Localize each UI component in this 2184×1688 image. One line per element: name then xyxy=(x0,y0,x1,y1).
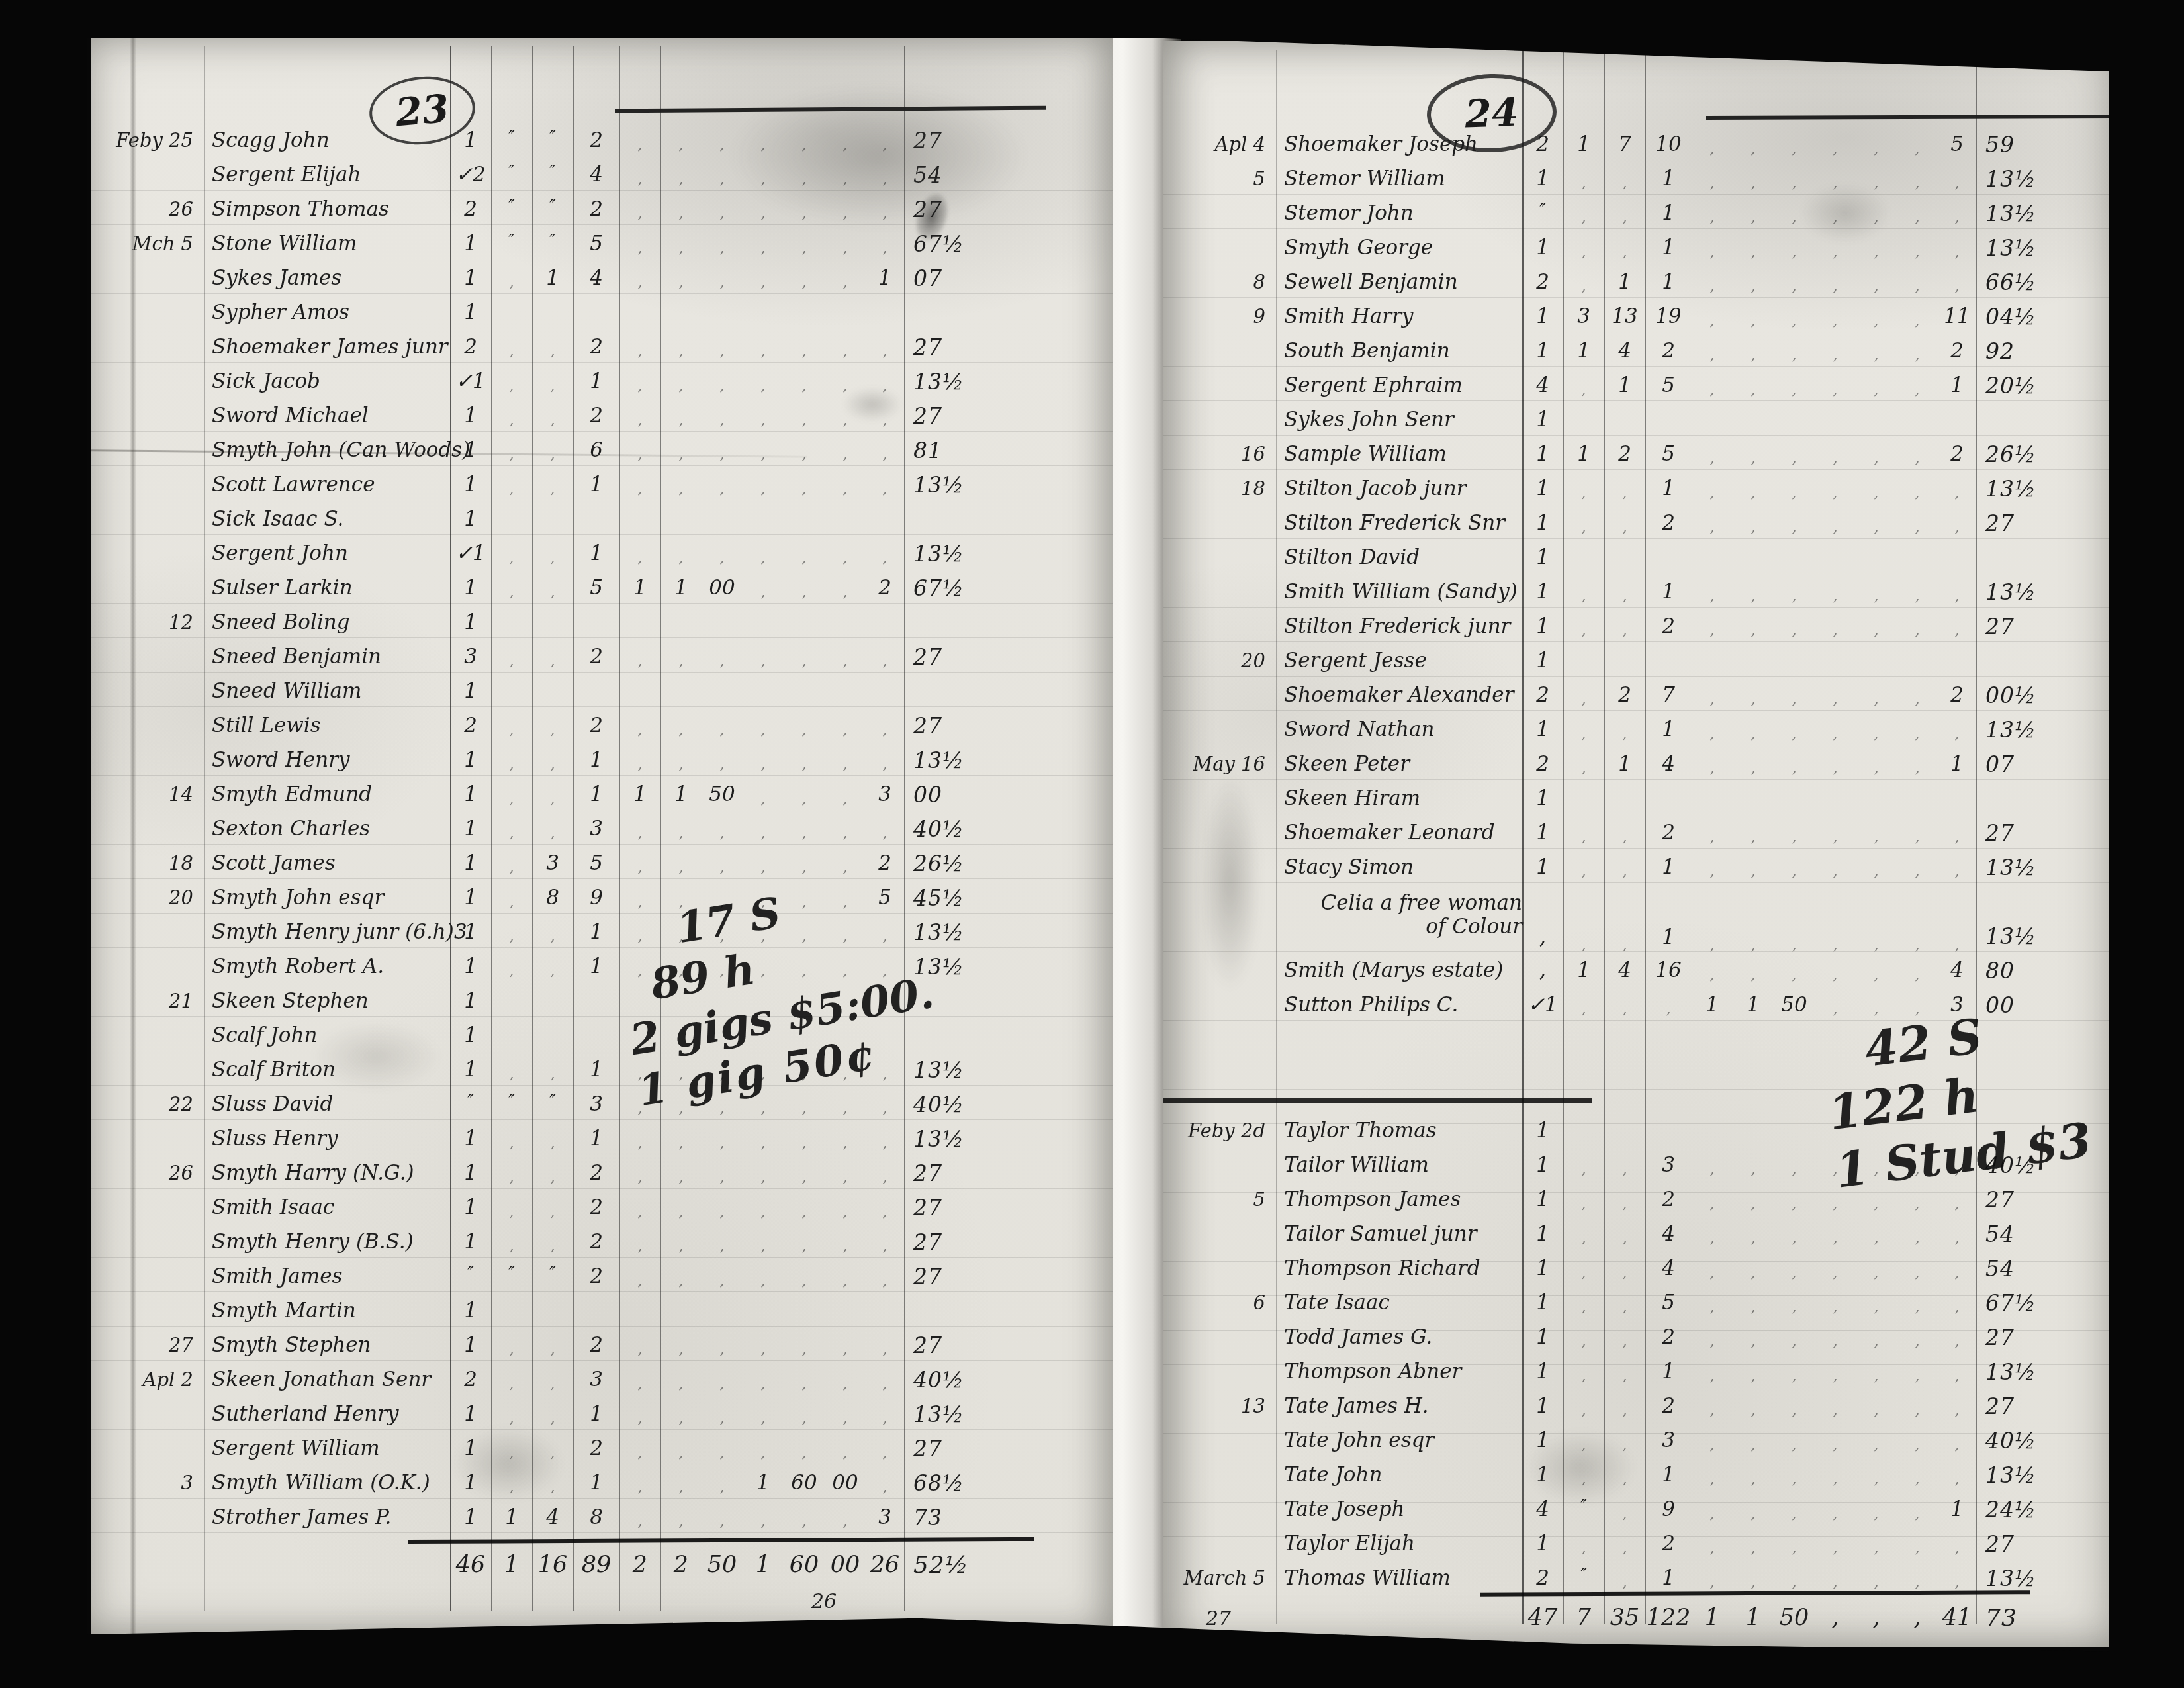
ledger-row: Sword Nathan1,,1,,,,,,,13½ xyxy=(1163,712,2110,747)
cell-count: , xyxy=(1897,265,1938,299)
cell-count: , xyxy=(1604,609,1645,643)
cell-count: , xyxy=(1856,334,1897,368)
cell-count: , xyxy=(743,158,784,192)
cell-count: , xyxy=(784,1397,825,1431)
cell-count: , xyxy=(1563,1217,1604,1251)
cell-count: , xyxy=(743,812,784,846)
cell-count: , xyxy=(1563,196,1604,230)
cell-count xyxy=(1856,781,1897,816)
ledger-row: 12Sneed Boling1 xyxy=(91,605,1113,639)
cell-count: , xyxy=(784,364,825,399)
catch-mark: 27 xyxy=(1206,1607,1231,1630)
cell-count: , xyxy=(660,743,702,777)
cell-dollars: , xyxy=(866,743,904,777)
ledger-row: Still Lewis2,,2,,,,,,,27 xyxy=(91,708,1113,743)
cell-count: , xyxy=(491,433,532,467)
cell-count: 1 xyxy=(1522,1458,1563,1492)
cell-date xyxy=(91,467,204,502)
cell-count: , xyxy=(619,1328,660,1362)
ledger-row: Tate Joseph4″,9,,,,,,124½ xyxy=(1163,1492,2110,1526)
cell-name: Tate Joseph xyxy=(1276,1492,1522,1526)
cell-count xyxy=(491,295,532,330)
cell-date xyxy=(1163,1148,1276,1182)
cell-count xyxy=(1604,1113,1645,1148)
cell-count: , xyxy=(1733,1561,1774,1595)
cell-count: , xyxy=(1692,1251,1733,1286)
cell-count: , xyxy=(1563,747,1604,781)
cell-count: , xyxy=(1563,816,1604,850)
cell-count: 1 xyxy=(573,1053,619,1087)
ledger-row: Stilton David1 xyxy=(1163,540,2110,575)
cell-count: , xyxy=(1815,471,1856,506)
cell-date xyxy=(91,1548,204,1582)
cell-cents: 13½ xyxy=(1976,575,2075,609)
cell-cents xyxy=(904,502,1003,536)
cell-count: 1 xyxy=(1645,712,1692,747)
cell-count: 1 xyxy=(450,777,491,812)
cell-count: , xyxy=(619,1156,660,1190)
cell-count: , xyxy=(660,1156,702,1190)
ledger-row: Tate John1,,1,,,,,,,13½ xyxy=(1163,1458,2110,1492)
cell-dollars: , xyxy=(866,330,904,364)
cell-dollars: , xyxy=(1938,1182,1976,1217)
cell-count: , xyxy=(491,708,532,743)
ledger-row: Strother James P.1148,,,,,,373 xyxy=(91,1500,1113,1534)
cell-cents: 67½ xyxy=(904,571,1003,605)
cell-count: ″ xyxy=(450,1259,491,1293)
cell-count: 1 xyxy=(450,1018,491,1053)
cell-count xyxy=(1692,781,1733,816)
ledger-row: 20Sergent Jesse1 xyxy=(1163,643,2110,678)
cell-cents xyxy=(1976,540,2075,575)
cell-dollars: , xyxy=(866,1225,904,1259)
cell-date xyxy=(91,1293,204,1328)
cell-count: , xyxy=(1733,712,1774,747)
cell-cents xyxy=(904,674,1003,708)
cell-count: 9 xyxy=(1645,1492,1692,1526)
cell-count xyxy=(532,1018,573,1053)
cell-count: 1 xyxy=(1692,988,1733,1022)
cell-date: 12 xyxy=(91,605,204,639)
cell-count: , xyxy=(1563,1320,1604,1354)
cell-count: , xyxy=(825,812,866,846)
cell-count: 5 xyxy=(1645,368,1692,402)
cell-dollars: , xyxy=(1938,850,1976,884)
cell-count: , xyxy=(491,467,532,502)
cell-date xyxy=(1163,1526,1276,1561)
cell-count: , xyxy=(1692,265,1733,299)
cell-count: , xyxy=(1645,988,1692,1022)
cell-dollars: , xyxy=(1938,471,1976,506)
cell-count: , xyxy=(743,1397,784,1431)
cell-count: 2 xyxy=(450,1362,491,1397)
cell-count: , xyxy=(743,433,784,467)
cell-cents: 13½ xyxy=(1976,712,2075,747)
cell-count xyxy=(1897,402,1938,437)
cell-name: Tailor Samuel junr xyxy=(1276,1217,1522,1251)
cell-dollars: , xyxy=(1938,1320,1976,1354)
cell-count: , xyxy=(1692,1286,1733,1320)
cell-date: 20 xyxy=(91,880,204,915)
cell-count: 50 xyxy=(1774,988,1815,1022)
cell-count: 1 xyxy=(1645,880,1692,957)
cell-date: 16 xyxy=(1163,437,1276,471)
cell-count: 3 xyxy=(450,639,491,674)
cell-count: 1 xyxy=(1522,1286,1563,1320)
ledger-row: Stilton Frederick Snr1,,2,,,,,,,27 xyxy=(1163,506,2110,540)
cell-dollars xyxy=(1938,643,1976,678)
cell-name: Smith (Marys estate) xyxy=(1276,953,1522,988)
cell-dollars: 5 xyxy=(1938,127,1976,162)
cell-count: , xyxy=(1897,334,1938,368)
ledger-row: Smith (Marys estate),1416,,,,,,480 xyxy=(1163,953,2110,988)
cell-count: , xyxy=(1563,230,1604,265)
cell-dollars: , xyxy=(1938,1423,1976,1458)
cell-count: , xyxy=(1856,678,1897,712)
cell-count: , xyxy=(1692,127,1733,162)
cell-count: 4 xyxy=(1604,953,1645,988)
cell-dollars: , xyxy=(866,1259,904,1293)
ledger-row: Smyth Robert A.1,,1,,,,,,,13½ xyxy=(91,949,1113,984)
cell-cents: 13½ xyxy=(904,364,1003,399)
cell-count: , xyxy=(1897,230,1938,265)
cell-count: 1 xyxy=(1604,265,1645,299)
ledger-table: Apl 4Shoemaker Joseph21710,,,,,,5595Stem… xyxy=(1163,127,2110,1595)
cell-count: , xyxy=(1856,196,1897,230)
cell-count xyxy=(573,1293,619,1328)
cell-cents: 24½ xyxy=(1976,1492,2075,1526)
cell-name: Strother James P. xyxy=(204,1500,450,1534)
cell-count: , xyxy=(532,364,573,399)
ledger-row: 14Smyth Edmund1,,11150,,,300 xyxy=(91,777,1113,812)
cell-count: , xyxy=(743,330,784,364)
cell-count: , xyxy=(1774,1561,1815,1595)
cell-count: , xyxy=(1733,437,1774,471)
cell-count: 1 xyxy=(1522,850,1563,884)
cell-count: 1 xyxy=(1645,265,1692,299)
cell-count: , xyxy=(702,433,743,467)
cell-dollars: , xyxy=(1938,609,1976,643)
cell-cents: 07 xyxy=(1976,747,2075,781)
cell-name: Sword Michael xyxy=(204,399,450,433)
cell-count: ″ xyxy=(491,226,532,261)
cell-dollars: , xyxy=(1938,816,1976,850)
cell-cents: 26½ xyxy=(904,846,1003,880)
cell-cents: 13½ xyxy=(904,743,1003,777)
cell-count: 2 xyxy=(660,1548,702,1582)
cell-count: 60 xyxy=(784,1548,825,1582)
cell-date xyxy=(91,399,204,433)
cell-date xyxy=(1163,850,1276,884)
cell-name: Sergent Ephraim xyxy=(1276,368,1522,402)
cell-name: Smyth John (Can Woods) xyxy=(204,433,450,467)
cell-count: 1 xyxy=(450,674,491,708)
cell-count: , xyxy=(1815,1389,1856,1423)
cell-dollars: , xyxy=(866,123,904,158)
cell-count: 13 xyxy=(1604,299,1645,334)
cell-count: , xyxy=(491,399,532,433)
cell-count xyxy=(619,605,660,639)
totals-row: 46116892250160002652½ xyxy=(91,1548,1113,1582)
cell-count: , xyxy=(491,261,532,295)
cell-dollars xyxy=(866,674,904,708)
ledger-row: Sneed William1 xyxy=(91,674,1113,708)
cell-count: ✓1 xyxy=(450,364,491,399)
cell-count: , xyxy=(491,1190,532,1225)
cell-count: , xyxy=(1733,265,1774,299)
cell-count: , xyxy=(660,226,702,261)
cell-count: , xyxy=(1733,575,1774,609)
cell-count: , xyxy=(1604,196,1645,230)
cell-count xyxy=(532,295,573,330)
cell-count: , xyxy=(825,433,866,467)
cell-cents: 54 xyxy=(904,158,1003,192)
cell-count xyxy=(784,502,825,536)
cell-dollars: , xyxy=(1938,162,1976,196)
cell-count: , xyxy=(619,1397,660,1431)
cell-dollars xyxy=(866,502,904,536)
cell-count: , xyxy=(532,1431,573,1466)
cell-count: , xyxy=(1563,1389,1604,1423)
ledger-row: Shoemaker Leonard1,,2,,,,,,,27 xyxy=(1163,816,2110,850)
ledger-row: 26Smyth Harry (N.G.)1,,2,,,,,,,27 xyxy=(91,1156,1113,1190)
cell-count: 16 xyxy=(532,1548,573,1582)
cell-dollars: 26 xyxy=(866,1548,904,1582)
cell-count: 2 xyxy=(450,330,491,364)
cell-count: , xyxy=(1692,953,1733,988)
cell-count: 00 xyxy=(825,1548,866,1582)
cell-count: , xyxy=(1692,437,1733,471)
cell-count: 1 xyxy=(1645,575,1692,609)
cell-count: , xyxy=(1897,299,1938,334)
cell-name: Sick Isaac S. xyxy=(204,502,450,536)
cell-cents: 27 xyxy=(1976,609,2075,643)
cell-count: 35 xyxy=(1604,1601,1645,1635)
cell-date: Apl 4 xyxy=(1163,127,1276,162)
cell-count: 1 xyxy=(450,1397,491,1431)
cell-count: 2 xyxy=(1604,437,1645,471)
cell-count xyxy=(1815,540,1856,575)
cell-count: , xyxy=(1563,850,1604,884)
cell-cents: 73 xyxy=(1976,1601,2075,1635)
cell-name: Sergent Jesse xyxy=(1276,643,1522,678)
ledger-row: Smyth Martin1 xyxy=(91,1293,1113,1328)
cell-name: Smyth Robert A. xyxy=(204,949,450,984)
cell-count xyxy=(491,605,532,639)
cell-name: Still Lewis xyxy=(204,708,450,743)
cell-count xyxy=(825,1293,866,1328)
cell-count: , xyxy=(619,467,660,502)
ledger-row: Sexton Charles1,,3,,,,,,,40½ xyxy=(91,812,1113,846)
ledger-row: Todd James G.1,,2,,,,,,,27 xyxy=(1163,1320,2110,1354)
cell-count xyxy=(532,1293,573,1328)
cell-date xyxy=(1163,334,1276,368)
cell-count: 1 xyxy=(1522,1526,1563,1561)
cell-count: , xyxy=(532,812,573,846)
cell-name: Simpson Thomas xyxy=(204,192,450,226)
cell-count: 1 xyxy=(450,1500,491,1534)
cell-date: 18 xyxy=(91,846,204,880)
cell-date: 26 xyxy=(91,192,204,226)
cell-count xyxy=(1733,540,1774,575)
cell-name: Stemor William xyxy=(1276,162,1522,196)
cell-count: , xyxy=(1856,850,1897,884)
cell-count: 2 xyxy=(573,639,619,674)
cell-count: 5 xyxy=(573,571,619,605)
cell-count: , xyxy=(825,639,866,674)
cell-count xyxy=(825,674,866,708)
cell-cents: 13½ xyxy=(1976,1354,2075,1389)
cell-count: , xyxy=(1774,1458,1815,1492)
cell-count: , xyxy=(1774,953,1815,988)
cell-date xyxy=(91,674,204,708)
cell-count: , xyxy=(1856,609,1897,643)
cell-count: , xyxy=(491,330,532,364)
cell-count xyxy=(1563,1113,1604,1148)
cell-count: , xyxy=(702,1500,743,1534)
ledger-row: Stemor John″,,1,,,,,,,13½ xyxy=(1163,196,2110,230)
cell-count: , xyxy=(825,777,866,812)
cell-count xyxy=(573,605,619,639)
cell-count: , xyxy=(1856,1251,1897,1286)
cell-date xyxy=(91,330,204,364)
cell-count: 1 xyxy=(1522,1354,1563,1389)
cell-count: , xyxy=(1733,1182,1774,1217)
cell-count: , xyxy=(1815,1354,1856,1389)
cell-count: 1 xyxy=(450,1225,491,1259)
cell-name: Tailor William xyxy=(1276,1148,1522,1182)
cell-date: Feby 25 xyxy=(91,123,204,158)
cell-count: , xyxy=(1604,1423,1645,1458)
cell-count: , xyxy=(1856,575,1897,609)
cell-count: 7 xyxy=(1645,678,1692,712)
cell-count: 1 xyxy=(450,1328,491,1362)
cell-count: , xyxy=(1897,196,1938,230)
ledger-row: 5Thompson James1,,2,,,,,,,27 xyxy=(1163,1182,2110,1217)
cell-date xyxy=(1163,988,1276,1022)
cell-count: , xyxy=(1815,816,1856,850)
cell-date xyxy=(91,1431,204,1466)
cell-count: , xyxy=(1733,230,1774,265)
cell-dollars xyxy=(1938,402,1976,437)
cell-count: , xyxy=(825,1500,866,1534)
cell-count: , xyxy=(1692,506,1733,540)
cell-count: , xyxy=(619,123,660,158)
cell-count xyxy=(784,1293,825,1328)
cell-count: 5 xyxy=(573,226,619,261)
cell-count: , xyxy=(1774,850,1815,884)
cell-count: , xyxy=(1774,196,1815,230)
cell-count: , xyxy=(1897,1217,1938,1251)
cell-count: 1 xyxy=(1645,1561,1692,1595)
cell-count xyxy=(1692,1113,1733,1148)
cell-count: , xyxy=(1733,953,1774,988)
cell-name: Sluss David xyxy=(204,1087,450,1121)
cell-count: , xyxy=(1774,1251,1815,1286)
ledger-row: Tailor Samuel junr1,,4,,,,,,,54 xyxy=(1163,1217,2110,1251)
cell-count: 4 xyxy=(1522,368,1563,402)
cell-count: , xyxy=(1856,299,1897,334)
cell-count xyxy=(660,1293,702,1328)
cell-count: , xyxy=(660,536,702,571)
cell-name: Sykes James xyxy=(204,261,450,295)
cell-count: , xyxy=(1733,1526,1774,1561)
cell-count: 1 xyxy=(1733,1601,1774,1635)
cell-count: , xyxy=(1604,850,1645,884)
cell-count: 1 xyxy=(1692,1601,1733,1635)
cell-count: , xyxy=(702,1466,743,1500)
cell-count: 00 xyxy=(702,571,743,605)
cell-count: , xyxy=(784,1156,825,1190)
cell-dollars: , xyxy=(866,192,904,226)
cell-count: , xyxy=(532,330,573,364)
cell-count: , xyxy=(1856,1354,1897,1389)
cell-count: 50 xyxy=(702,1548,743,1582)
cell-date xyxy=(91,261,204,295)
cell-name: Scott James xyxy=(204,846,450,880)
cell-name: Skeen Hiram xyxy=(1276,781,1522,816)
cell-count: , xyxy=(619,1190,660,1225)
cell-count: , xyxy=(784,812,825,846)
cell-count: 1 xyxy=(1645,1354,1692,1389)
cell-name: Scagg John xyxy=(204,123,450,158)
cell-count: , xyxy=(1897,506,1938,540)
cell-count: , xyxy=(825,123,866,158)
cell-count xyxy=(1733,1113,1774,1148)
cell-count: , xyxy=(1692,1561,1733,1595)
cell-count: , xyxy=(702,708,743,743)
cell-count: , xyxy=(743,536,784,571)
cell-count: , xyxy=(1774,1492,1815,1526)
cell-count: , xyxy=(619,1259,660,1293)
cell-count: 3 xyxy=(1645,1423,1692,1458)
cell-date: 13 xyxy=(1163,1389,1276,1423)
ledger-row: Sergent William1,,2,,,,,,,27 xyxy=(91,1431,1113,1466)
cell-count: , xyxy=(825,1362,866,1397)
cell-count: , xyxy=(1897,747,1938,781)
cell-count: , xyxy=(532,536,573,571)
cell-cents: 40½ xyxy=(904,1362,1003,1397)
cell-count: , xyxy=(825,536,866,571)
cell-count: 1 xyxy=(1522,1251,1563,1286)
cell-date xyxy=(91,1259,204,1293)
cell-count: , xyxy=(1774,1286,1815,1320)
ledger-row: 16Sample William1125,,,,,,226½ xyxy=(1163,437,2110,471)
cell-count: , xyxy=(1856,816,1897,850)
cell-date xyxy=(91,1500,204,1534)
cell-count: , xyxy=(702,1328,743,1362)
cell-count: ✓1 xyxy=(450,536,491,571)
cell-count: , xyxy=(784,226,825,261)
cell-count: , xyxy=(1856,1217,1897,1251)
ledger-row: Smyth Henry junr (6.h)31,,1,,,,,,,13½ xyxy=(91,915,1113,949)
cell-count xyxy=(1692,540,1733,575)
cell-count xyxy=(1815,402,1856,437)
cell-count: 46 xyxy=(450,1548,491,1582)
cell-count: 1 xyxy=(450,433,491,467)
cell-count: , xyxy=(491,1362,532,1397)
cell-count: , xyxy=(1604,1148,1645,1182)
ledger-row: 20Smyth John esqr1,89,,,,,,545½ xyxy=(91,880,1113,915)
cell-count: 1 xyxy=(1522,1148,1563,1182)
ledger-row: 26Simpson Thomas2″″2,,,,,,,27 xyxy=(91,192,1113,226)
cell-count: 1 xyxy=(1522,575,1563,609)
cell-count: 6 xyxy=(573,433,619,467)
cell-count: 1 xyxy=(1522,506,1563,540)
cell-date xyxy=(1163,1458,1276,1492)
cell-count: 1 xyxy=(573,1121,619,1156)
cell-count: , xyxy=(619,399,660,433)
